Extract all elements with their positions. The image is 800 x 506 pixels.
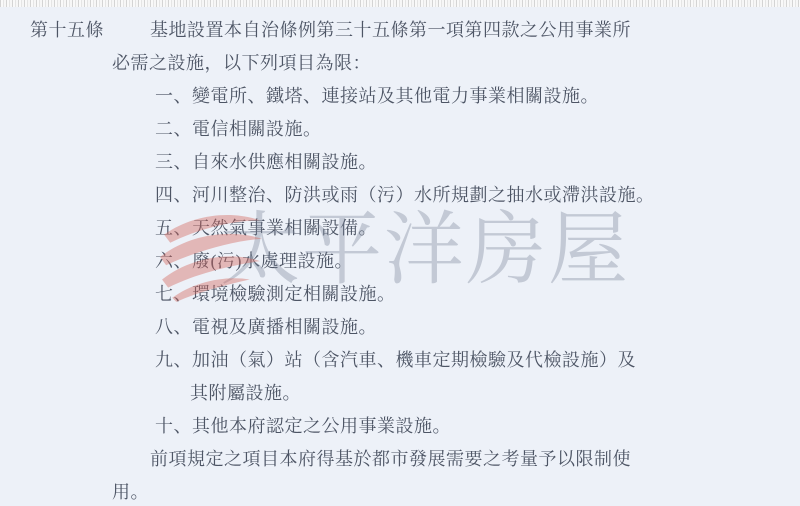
item-label: 十、: [155, 416, 192, 436]
list-item-7: 七、環境檢驗測定相關設施。: [155, 278, 800, 311]
article-intro-line1: 基地設置本自治條例第三十五條第一項第四款之公用事業所: [150, 20, 631, 40]
list-item-9: 九、加油（氣）站（含汽車、機車定期檢驗及代檢設施）及: [155, 344, 800, 377]
list-item-8: 八、電視及廣播相關設施。: [155, 311, 800, 344]
item-label: 四、: [155, 185, 192, 205]
item-text: 電視及廣播相關設施。: [192, 317, 377, 337]
list-item-6: 六、廢(污)水處理設施。: [155, 245, 800, 278]
item-text: 加油（氣）站（含汽車、機車定期檢驗及代檢設施）及: [192, 350, 636, 370]
item-label: 八、: [155, 317, 192, 337]
article-intro-line2: 必需之設施，以下列項目為限：: [112, 47, 800, 80]
item-text: 其他本府認定之公用事業設施。: [192, 416, 451, 436]
item-text: 廢(污)水處理設施。: [192, 251, 353, 271]
item-label: 一、: [155, 86, 192, 106]
closing-line1: 前項規定之項目本府得基於都市發展需要之考量予以限制使: [150, 443, 800, 476]
item-text: 自來水供應相關設施。: [192, 152, 377, 172]
item-label: 六、: [155, 251, 192, 271]
item-text: 環境檢驗測定相關設施。: [192, 284, 396, 304]
list-item-3: 三、自來水供應相關設施。: [155, 146, 800, 179]
article-body: 第十五條基地設置本自治條例第三十五條第一項第四款之公用事業所 必需之設施，以下列…: [0, 7, 800, 506]
list-item-4: 四、河川整治、防洪或雨（污）水所規劃之抽水或滯洪設施。: [155, 179, 800, 212]
list-item-5: 五、天然氣事業相關設備。: [155, 212, 800, 245]
closing-line2: 用。: [112, 476, 800, 506]
item-text: 河川整治、防洪或雨（污）水所規劃之抽水或滯洪設施。: [192, 185, 655, 205]
item-text: 天然氣事業相關設備。: [192, 218, 377, 238]
item-label: 二、: [155, 119, 192, 139]
article-number: 第十五條: [30, 14, 150, 47]
list-item-10: 十、其他本府認定之公用事業設施。: [155, 410, 800, 443]
item-text: 電信相關設施。: [192, 119, 322, 139]
list-item-9-continuation: 其附屬設施。: [190, 377, 800, 410]
top-texture-band: [0, 0, 800, 7]
item-label: 三、: [155, 152, 192, 172]
item-text: 變電所、鐵塔、連接站及其他電力事業相關設施。: [192, 86, 599, 106]
list-item-2: 二、電信相關設施。: [155, 113, 800, 146]
item-label: 九、: [155, 350, 192, 370]
item-label: 五、: [155, 218, 192, 238]
list-item-1: 一、變電所、鐵塔、連接站及其他電力事業相關設施。: [155, 80, 800, 113]
article-head: 第十五條基地設置本自治條例第三十五條第一項第四款之公用事業所: [0, 14, 800, 47]
item-label: 七、: [155, 284, 192, 304]
